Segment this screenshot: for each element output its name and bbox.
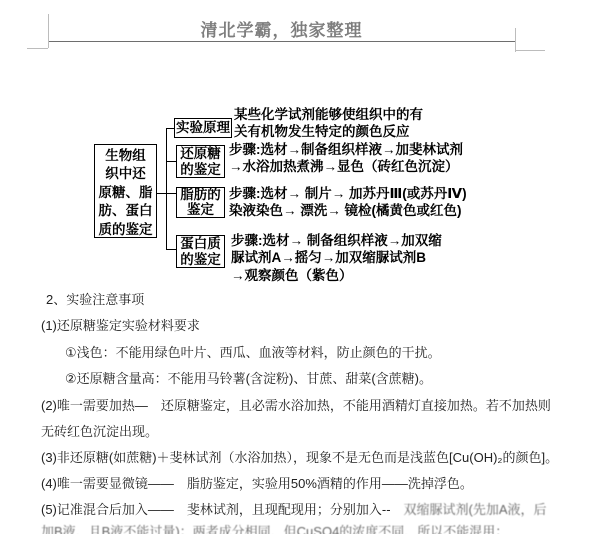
margin-mark-left-vertical [48, 14, 49, 48]
diagram-box-protein-test: 蛋白质 的鉴定 [176, 235, 225, 268]
notes-section-heading: 2、实验注意事项 [46, 291, 144, 309]
diagram-box-fat-test: 脂肪的 鉴定 [176, 187, 225, 218]
diagram-box-sugar-test: 还原糖 的鉴定 [176, 145, 225, 178]
notes-point-high-sugar: ②还原糖含量高：不能用马铃薯(含淀粉)、甘蔗、甜菜(含蔗糖)。 [65, 370, 432, 388]
margin-mark-left-horizontal [27, 48, 48, 49]
connector-root-line [156, 193, 177, 194]
notes-note5-clear: (5)记准混合后加入—— 斐林试剂，且现配现用；分别加入-- [41, 502, 404, 517]
margin-mark-right-horizontal [515, 50, 545, 51]
header-rule [48, 41, 515, 42]
notes-note2-line1: (2)唯一需要加热— 还原糖鉴定，且必需水浴加热，不能用酒精灯直接加热。若不加热… [41, 397, 551, 415]
document-page: 清北学霸，独家整理 生物组 织中还 原糖、脂 肪、蛋白 质的鉴定 实验原理 还原… [0, 0, 605, 534]
diagram-box-principle: 实验原理 [174, 118, 232, 138]
margin-mark-right-vertical [515, 28, 516, 52]
notes-note4: (4)唯一需要显微镜—— 脂肪鉴定，实验用50%酒精的作用——洗掉浮色。 [41, 475, 473, 493]
notes-note5-blurred: 双缩脲试剂(先加A液，后 [404, 502, 547, 517]
notes-sub-heading: (1)还原糖鉴定实验材料要求 [41, 317, 200, 335]
page-header-title: 清北学霸，独家整理 [48, 16, 515, 41]
diagram-text-principle: 某些化学试剂能够使组织中的有 关有机物发生特定的颜色反应 [234, 106, 464, 141]
notes-note2-line2: 无砖红色沉淀出现。 [41, 423, 158, 441]
notes-note6-clipped: 加B液，且B液不能过量)；两者成分相同，但CuSO4的浓度不同，所以不能混用： [41, 523, 508, 534]
diagram-text-fat-steps: 步骤:选材→ 制片→ 加苏丹Ⅲ(或苏丹Ⅳ) 染液染色→ 漂洗→ 镜检(橘黄色或红… [229, 185, 489, 220]
diagram-text-protein-steps: 步骤:选材→ 制备组织样液→加双缩 脲试剂A→摇匀→加双缩脲试剂B →观察颜色（… [231, 232, 481, 284]
connector-spine [166, 128, 167, 250]
diagram-text-sugar-steps: 步骤:选材→制备组织样液→加斐林试剂 →水浴加热煮沸→显色（砖红色沉淀） [229, 141, 489, 176]
diagram-root-box: 生物组 织中还 原糖、脂 肪、蛋白 质的鉴定 [94, 144, 157, 238]
notes-note5: (5)记准混合后加入—— 斐林试剂，且现配现用；分别加入-- 双缩脲试剂(先加A… [41, 501, 547, 519]
notes-note3: (3)非还原糖(如蔗糖)＋斐林试剂（水浴加热），现象不是无色而是浅蓝色[Cu(O… [41, 449, 558, 467]
notes-point-light-color: ①浅色：不能用绿色叶片、西瓜、血液等材料，防止颜色的干扰。 [65, 344, 441, 362]
